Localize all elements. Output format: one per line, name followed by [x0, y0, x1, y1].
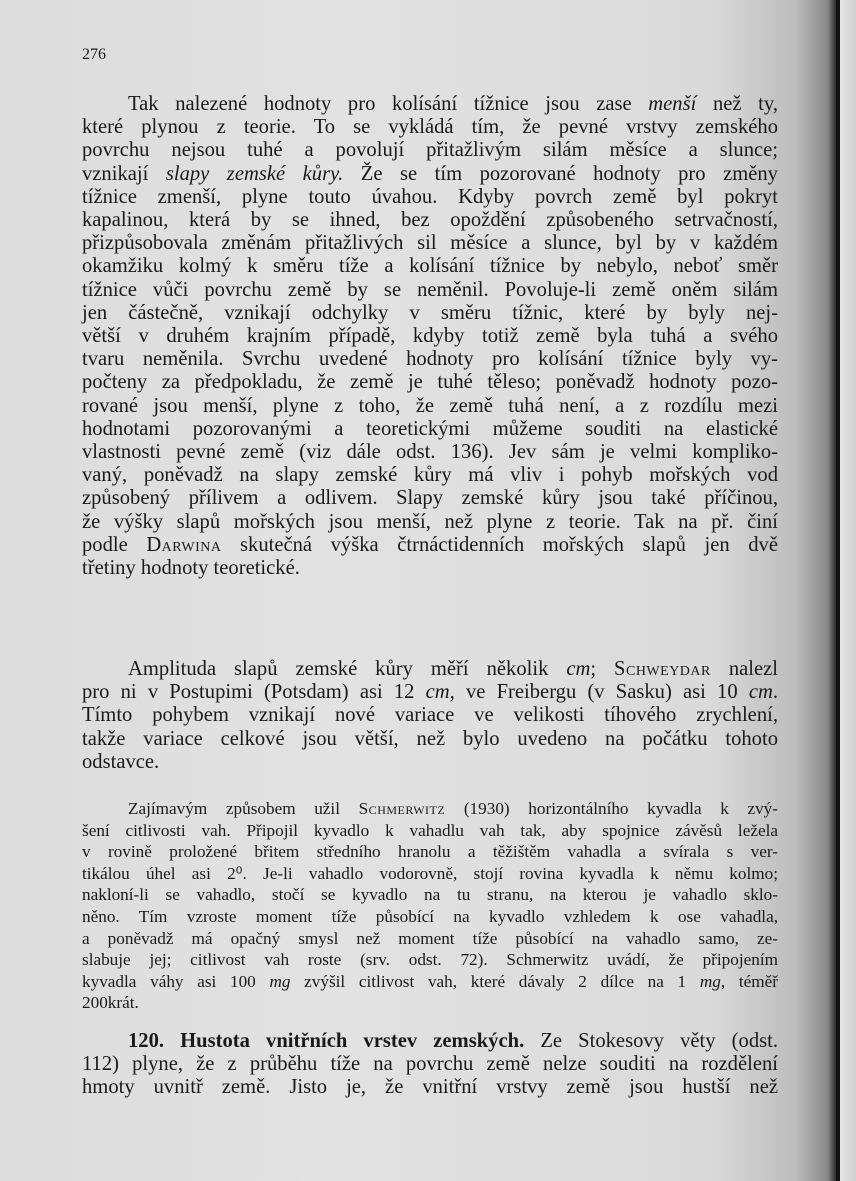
- text-line: okamžiku kolmý k směru tíže a kolísání t…: [82, 255, 778, 278]
- text-line: hodnotami pozorovanými a teoretickými mů…: [82, 418, 778, 441]
- next-page-edge: [840, 0, 856, 1181]
- text-line: že výšky slapů mořských jsou menší, než …: [82, 511, 778, 534]
- text-line: přizpůsobovala změnám přitažlivých sil m…: [82, 232, 778, 255]
- text-line: třetiny hodnoty teoretické.: [82, 557, 778, 580]
- text-line: větší v druhém krajním případě, kdyby to…: [82, 325, 778, 348]
- text-line: tvaru neměnila. Svrchu uvedené hodnoty p…: [82, 348, 778, 371]
- text-line: hmoty uvnitř země. Jisto je, že vnitřní …: [82, 1076, 778, 1099]
- text-line: slabuje jej; citlivost vah roste (srv. o…: [82, 949, 778, 971]
- text-line: 200krát.: [82, 992, 778, 1014]
- text-line: 120. Hustota vnitřních vrstev zemských. …: [82, 1030, 778, 1053]
- text-line: kapalinou, která by se ihned, bez opoždě…: [82, 209, 778, 232]
- section-heading: 120. Hustota vnitřních vrstev zemských.: [128, 1030, 524, 1052]
- text-line: nakloní-li se vahadlo, stočí se kyvadlo …: [82, 884, 778, 906]
- text-line: počteny za předpokladu, že země je tuhé …: [82, 371, 778, 394]
- paragraph-earth-tides: Tak nalezené hodnoty pro kolísání tížnic…: [82, 93, 778, 580]
- page-number: 276: [82, 46, 106, 64]
- text-line: tikálou úhel asi 2⁰. Je-li vahadlo vodor…: [82, 863, 778, 885]
- text-line: způsobený přílivem a odlivem. Slapy zems…: [82, 487, 778, 510]
- author-name: Darwina: [146, 534, 221, 556]
- text-line: a poněvadž má opačný smysl než moment tí…: [82, 928, 778, 950]
- section-120: 120. Hustota vnitřních vrstev zemských. …: [82, 1030, 778, 1100]
- text-line: vznikají slapy zemské kůry. Že se tím po…: [82, 163, 778, 186]
- text-line: vlastnosti pevné země (viz dále odst. 13…: [82, 441, 778, 464]
- paragraph-amplitude: Amplituda slapů zemské kůry měří několik…: [82, 658, 778, 774]
- author-name: Schmerwitz: [359, 799, 446, 818]
- text-line: takže variace celkové jsou větší, než by…: [82, 728, 778, 751]
- text-line: jen částečně, vznikají odchylky v směru …: [82, 302, 778, 325]
- text-line: vaný, poněvadž na slapy zemské kůry má v…: [82, 464, 778, 487]
- text-line: které plynou z teorie. To se vykládá tím…: [82, 116, 778, 139]
- text-line: odstavce.: [82, 751, 778, 774]
- text-line: pro ni v Postupimi (Potsdam) asi 12 cm, …: [82, 681, 778, 704]
- author-name: Schweydar: [614, 658, 711, 680]
- text-line: něno. Tím vzroste moment tíže působící n…: [82, 906, 778, 928]
- text-line: v rovině proložené břitem středního hran…: [82, 841, 778, 863]
- text-line: šení citlivosti vah. Připojil kyvadlo k …: [82, 820, 778, 842]
- text-line: Amplituda slapů zemské kůry měří několik…: [82, 658, 778, 681]
- text-line: Tak nalezené hodnoty pro kolísání tížnic…: [82, 93, 778, 116]
- text-line: tížnice vůči povrchu země by se neměnil.…: [82, 279, 778, 302]
- text-line: Tímto pohybem vznikají nové variace ve v…: [82, 704, 778, 727]
- text-line: podle Darwina skutečná výška čtrnáctiden…: [82, 534, 778, 557]
- text-line: Zajímavým způsobem užil Schmerwitz (1930…: [82, 798, 778, 820]
- text-line: povrchu nejsou tuhé a povolují přitažliv…: [82, 139, 778, 162]
- note-paragraph: Zajímavým způsobem užil Schmerwitz (1930…: [82, 798, 778, 1014]
- text-line: rované jsou menší, plyne z toho, že země…: [82, 395, 778, 418]
- text-line: kyvadla váhy asi 100 mg zvýšil citlivost…: [82, 971, 778, 993]
- text-line: 112) plyne, že z průběhu tíže na povrchu…: [82, 1053, 778, 1076]
- text-line: tížnice zmenší, plyne touto úvahou. Kdyb…: [82, 186, 778, 209]
